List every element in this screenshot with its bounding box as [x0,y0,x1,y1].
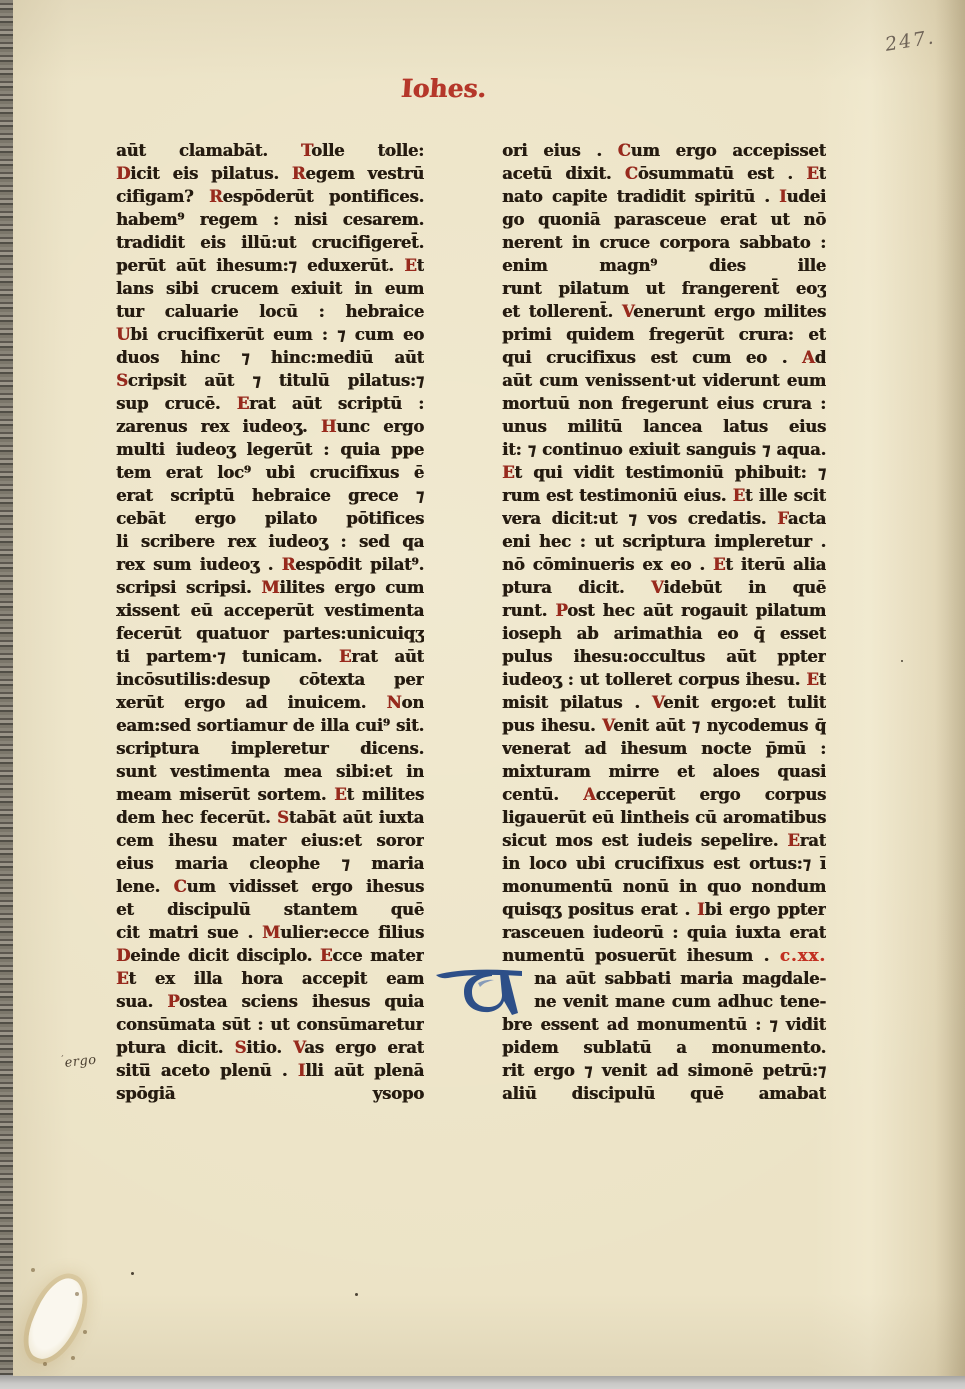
text-line: monumentū nonū in quo nondum [502,875,826,898]
text-line: aūt cum venissent·ut viderunt eum iā [502,369,826,392]
text-line: misit pilatus . Venit ergo:et tulit cor- [502,691,826,714]
text-line: nō cōminueris ex eo . Et iterū alia scri… [502,553,826,576]
text-line: enim magn⁹ dies ille sabbati:rogaue- [502,254,826,277]
text-line: dem hec fecerūt. Stabāt aūt iuxta cru- [116,806,424,829]
rubricated-capital: M [262,923,280,942]
chapter-mark: c.xx. [780,946,826,965]
rubricated-capital: F [777,509,788,528]
text-line: ioseph ab arimathia eo q̄ esset disci- [502,622,826,645]
text-line: rum est testimoniū eius. Et ille scit qa [502,484,826,507]
text-line: eius maria cleophe ⁊ maria magda- [116,852,424,875]
rubricated-capital: C [625,164,638,183]
text-line: scripsi scripsi. Milites ergo cum crucif… [116,576,424,599]
text-column-right: ori eius . Cum ergo accepisset ihesusace… [502,139,826,1105]
text-line: cifigam? Respōderūt pontifices. Nō [116,185,424,208]
text-line: fecerūt quatuor partes:unicuiqʒ mili- [116,622,424,645]
rubricated-capital: I [298,1061,306,1080]
text-line: nato capite tradidit spiritū . Iudei er- [502,185,826,208]
rubricated-capital: V [652,693,663,712]
text-line: ligauerūt eū lintheis cū aromatibus [502,806,826,829]
rubricated-capital: C [618,141,631,160]
text-line: Scripsit aūt ⁊ titulū pilatus:⁊ posuit [116,369,424,392]
rubricated-capital: R [282,555,296,574]
text-line: it: ⁊ continuo exiuit sanguis ⁊ aqua. [502,438,826,461]
text-line: unus militū lancea latus eius aperu- [502,415,826,438]
text-line: ori eius . Cum ergo accepisset ihesus [502,139,826,162]
text-line: spōgiā ysopo circūponētes:obtulerūt [116,1082,424,1105]
text-line: zarenus rex iudeoʒ. Hunc ergo titulū [116,415,424,438]
text-line: aūt clamabāt. Tolle tolle: crucifige eū. [116,139,424,162]
rubricated-capital: E [713,555,725,574]
vellum-repair-hole [19,1271,92,1367]
manuscript-page: Iohes. 247. aūt clamabāt. Tolle tolle: c… [13,0,965,1376]
text-line: quisqʒ positus erat . Ibi ergo ppter pa- [502,898,826,921]
book-lower-edge [0,1375,965,1389]
text-line: acetū dixit. Cōsummatū est . Et incli- [502,162,826,185]
rubricated-capital: V [651,578,663,597]
text-line: lans sibi crucem exiuit in eum qui dici- [116,277,424,300]
ink-speck [355,1293,358,1296]
rubricated-capital: V [602,716,613,735]
rubricated-capital: S [116,371,128,390]
ink-speck [901,660,903,662]
text-line: runt. Post hec aūt rogauit pilatum [502,599,826,622]
text-line: eni hec : ut scriptura impleretur . Os [502,530,826,553]
rubricated-capital: E [334,785,346,804]
text-line: cit matri sue . Mulier:ecce filius tuus. [116,921,424,944]
rubricated-capital: E [806,670,818,689]
margin-note: ergo [61,1051,97,1071]
running-header: Iohes. [400,74,487,103]
text-line: mortuū non fregerunt eius crura : sed [502,392,826,415]
text-column-left: aūt clamabāt. Tolle tolle: crucifige eū.… [116,139,424,1105]
stitch-mark [75,1292,79,1296]
text-line: aliū discipulū quē amabat ihesus:et [502,1082,826,1105]
text-line: centū. Acceperūt ergo corpus ihesu:et [502,783,826,806]
rubricated-capital: D [116,164,130,183]
text-line: rit ergo ⁊ venit ad simonē petrū:⁊ ad [502,1059,826,1082]
text-line: go quoniā parasceue erat ut nō rema- [502,208,826,231]
ink-speck [131,1272,134,1275]
rubricated-capital: V [293,1038,304,1057]
rubricated-capital: E [806,164,818,183]
rubricated-capital: C [174,877,187,896]
rubricated-capital: E [404,256,416,275]
text-line: ptura dicit. Videbūt in quē transfixe- [502,576,826,599]
text-line: et discipulū stantem quē diligebat:di- [116,898,424,921]
page-curvature-shadow [935,0,965,1376]
rubricated-capital: H [321,417,336,436]
text-line: incōsutilis:desup cōtexta per totū. Di- [116,668,424,691]
rubricated-capital: E [733,486,745,505]
text-line: lene. Cum vidisset ergo ihesus matrē [116,875,424,898]
ink-speck [385,150,388,153]
text-line: cem ihesu mater eius:et soror matris [116,829,424,852]
stitch-mark [43,1362,47,1366]
stitch-mark [83,1330,87,1334]
text-line: erat scriptū hebraice grece ⁊ latine. Di… [116,484,424,507]
text-line: et tollerent̄. Venerunt ergo milites : ⁊ [502,300,826,323]
text-line: mixturam mirre et aloes quasi libras [502,760,826,783]
text-line: bre essent ad monumentū : ⁊ vidit la- [502,1013,826,1036]
text-line: xissent eū acceperūt vestimenta eius:⁊ [116,599,424,622]
rubricated-capital: E [320,946,332,965]
rubricated-capital: D [116,946,130,965]
text-line: sunt vestimenta mea sibi:et in vestem [116,760,424,783]
text-line: scriptura impleretur dicens. Partiti [116,737,424,760]
rubricated-capital: R [292,164,306,183]
text-line: perūt aūt ihesum:⁊ eduxerūt. Et baiu- [116,254,424,277]
text-line: na aūt sabbati maria magdale- [502,967,826,990]
text-line: Dicit eis pilatus. Regem vestrū cru- [116,162,424,185]
text-line: cebāt ergo pilato pōtifices iudeoʒ. No- [116,507,424,530]
text-line: venerat ad ihesum nocte p̄mū : ferens [502,737,826,760]
text-line: primi quidem fregerūt crura: et alter⁹ [502,323,826,346]
rubricated-capital: E [502,463,514,482]
text-line: pidem sublatū a monumento. Cucur- [502,1036,826,1059]
text-line: nerent in cruce corpora sabbato : erat [502,231,826,254]
rubricated-capital: S [277,808,289,827]
text-line: rasceuen iudeorū : quia iuxta erat mo- [502,921,826,944]
text-line: tem erat loc⁹ ubi crucifixus ē ihesus. E… [116,461,424,484]
text-line: Deinde dicit disciplo. Ecce mater tua. [116,944,424,967]
text-line: habem⁹ regem : nisi cesarem. Tūc ergo [116,208,424,231]
rubricated-capital: V [622,302,633,321]
text-line: sicut mos est iudeis sepelire. Erat aūt [502,829,826,852]
text-line: Et qui vidit testimoniū phibuit: ⁊ ve- [502,461,826,484]
text-line: xerūt ergo ad inuicem. Non scindam⁹ [116,691,424,714]
text-line: meam miserūt sortem. Et milites qui- [116,783,424,806]
rubricated-capital: R [209,187,223,206]
text-line: Et ex illa hora accepit eam discipls ī [116,967,424,990]
text-line: Ubi crucifixerūt eum : ⁊ cum eo alios [116,323,424,346]
rubricated-capital: E [787,831,799,850]
text-line: sup crucē. Erat aūt scriptū : ihesus na- [116,392,424,415]
text-line: numentū posuerūt ihesum . c.xx. [502,944,826,967]
rubricated-capital: U [116,325,130,344]
rubricated-capital: E [237,394,249,413]
text-line: situ̅ aceto plenū . Illi aūt plenā aceto [116,1059,424,1082]
rubricated-capital: E [116,969,128,988]
text-line: eam:sed sortiamur de illa cui⁹ sit. Ut [116,714,424,737]
text-line: runt pilatum ut frangerent̄ eoʒ crura [502,277,826,300]
text-line: ptura dicit. Sitio. Vas ergo erat po- [116,1036,424,1059]
text-line: tur caluarie locū : hebraice golgotha. [116,300,424,323]
folio-number: 247. [884,26,937,56]
stitch-mark [31,1268,35,1272]
rubricated-capital: P [555,601,567,620]
text-line: pus ihesu. Venit aūt ⁊ nycodemus q̄ [502,714,826,737]
text-line: sua. Postea sciens ihesus quia omīa [116,990,424,1013]
text-line: vera dicit:ut ⁊ vos credatis. Facta sūt [502,507,826,530]
text-line: duos hinc ⁊ hinc:mediū aūt ihesum. [116,346,424,369]
text-line: ne venit mane cum adhuc tene- [502,990,826,1013]
rubricated-capital: E [339,647,351,666]
rubricated-capital: A [583,785,596,804]
text-line: iudeoʒ : ut tolleret corpus ihesu. Et pe… [502,668,826,691]
rubricated-capital: N [387,693,402,712]
rubricated-capital: S [234,1038,246,1057]
text-line: multi iudeoʒ legerūt : quia ppe ciuita- [116,438,424,461]
rubricated-capital: A [802,348,815,367]
text-line: rex sum iudeoʒ . Respōdit pilat⁹. Qd [116,553,424,576]
text-line: tradidit eis illū:ut crucifigeret̄. Susc… [116,231,424,254]
rubricated-capital: I [779,187,787,206]
text-line: pulus ihesu:occultus aūt ppter metū [502,645,826,668]
rubricated-capital: I [697,900,705,919]
stitch-mark [71,1356,75,1360]
text-line: consūmata sūt : ut consūmaretur scri- [116,1013,424,1036]
text-line: in loco ubi crucifixus est ortus:⁊ ī ort… [502,852,826,875]
rubricated-capital: M [261,578,279,597]
rubricated-capital: P [167,992,179,1011]
rubricated-capital: T [301,141,311,160]
text-line: qui crucifixus est cum eo . Ad ihesum [502,346,826,369]
text-line: li scribere rex iudeoʒ : sed qa ipse dix… [116,530,424,553]
text-line: ti partem·⁊ tunicam. Erat aūt tunica [116,645,424,668]
